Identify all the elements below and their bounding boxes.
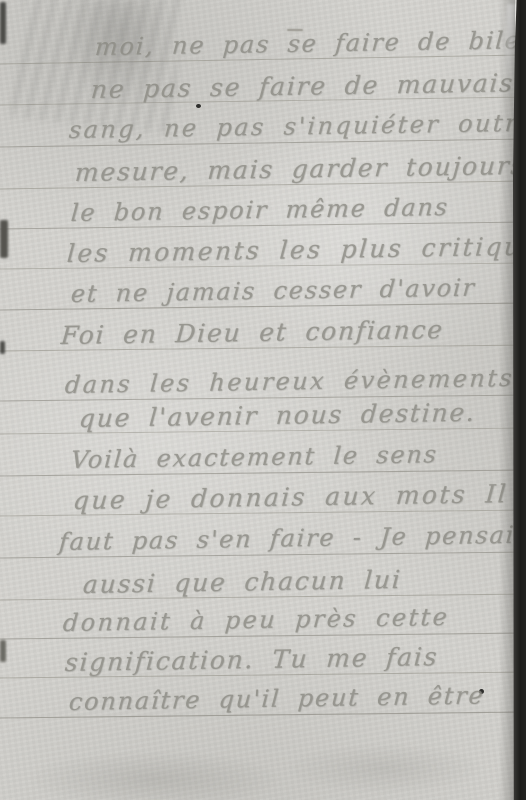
manuscript-page: moi, ne pas se faire de bile ne pas se f… [0, 0, 526, 800]
handwritten-line: faut pas s'en faire - Je pensais [58, 521, 526, 556]
handwritten-line: ne pas se faire de mauvais [90, 68, 515, 104]
handwritten-line: que l'avenir nous destine. [78, 398, 477, 433]
paper-mottling [0, 730, 513, 800]
handwritten-line: donnait à peu près cette [62, 603, 450, 637]
handwritten-line: que je donnais aux mots Il [72, 479, 509, 515]
photo-background-edge [513, 0, 526, 800]
handwritten-line: sang, ne pas s'inquiéter outre [68, 109, 526, 144]
page-edge-shadow [499, 0, 515, 800]
handwritten-line: les moments les plus critiques [66, 231, 526, 268]
handwritten-line: le bon espoir même dans [70, 193, 450, 227]
handwritten-line: Foi en Dieu et confiance [60, 315, 445, 350]
handwriting-layer: moi, ne pas se faire de bile ne pas se f… [0, 0, 526, 800]
handwritten-line: connaître qu'il peut en être [68, 681, 486, 716]
handwritten-line: moi, ne pas se faire de bile [94, 26, 522, 61]
handwritten-line: signification. Tu me fais [64, 642, 439, 677]
handwritten-line: Voilà exactement le sens [70, 440, 439, 474]
handwritten-line: et ne jamais cesser d'avoir [70, 274, 477, 308]
handwritten-line: mesure, mais garder toujours [74, 151, 526, 187]
handwritten-line: aussi que chacun lui [82, 565, 403, 599]
handwritten-line: dans les heureux évènements [64, 364, 515, 399]
